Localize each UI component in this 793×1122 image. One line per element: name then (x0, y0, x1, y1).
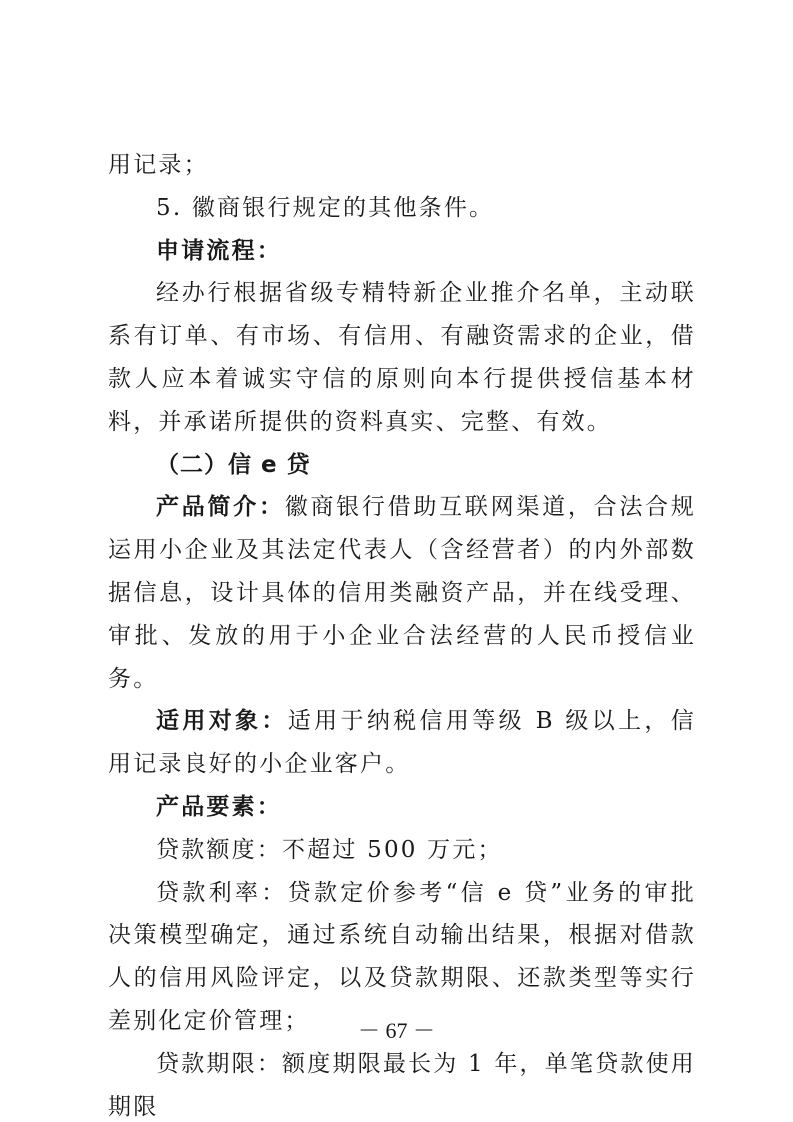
paragraph-condition-5: 5. 徽商银行规定的其他条件。 (108, 187, 696, 230)
paragraph-credit-record-tail: 用记录； (108, 144, 696, 187)
text-product-intro: 徽商银行借助互联网渠道，合法合规运用小企业及其法定代表人（含经营者）的内外部数据… (108, 494, 696, 691)
paragraph-target-customers: 适用对象：适用于纳税信用等级 B 级以上，信用记录良好的小企业客户。 (108, 700, 696, 786)
section-heading-xin-e-dai: （二）信 e 贷 (108, 444, 696, 487)
page-number: － 67 － (0, 1014, 793, 1045)
heading-application-process: 申请流程： (108, 230, 696, 273)
document-page: 用记录； 5. 徽商银行规定的其他条件。 申请流程： 经办行根据省级专精特新企业… (108, 144, 696, 1122)
paragraph-application-process: 经办行根据省级专精特新企业推介名单，主动联系有订单、有市场、有信用、有融资需求的… (108, 272, 696, 443)
heading-product-elements: 产品要素： (108, 786, 696, 829)
paragraph-loan-term: 贷款期限：额度期限最长为 1 年，单笔贷款使用期限 (108, 1043, 696, 1122)
paragraph-product-intro: 产品简介：徽商银行借助互联网渠道，合法合规运用小企业及其法定代表人（含经营者）的… (108, 486, 696, 700)
label-product-intro: 产品简介： (156, 494, 285, 520)
label-target-customers: 适用对象： (156, 708, 288, 734)
paragraph-loan-amount: 贷款额度：不超过 500 万元； (108, 829, 696, 872)
